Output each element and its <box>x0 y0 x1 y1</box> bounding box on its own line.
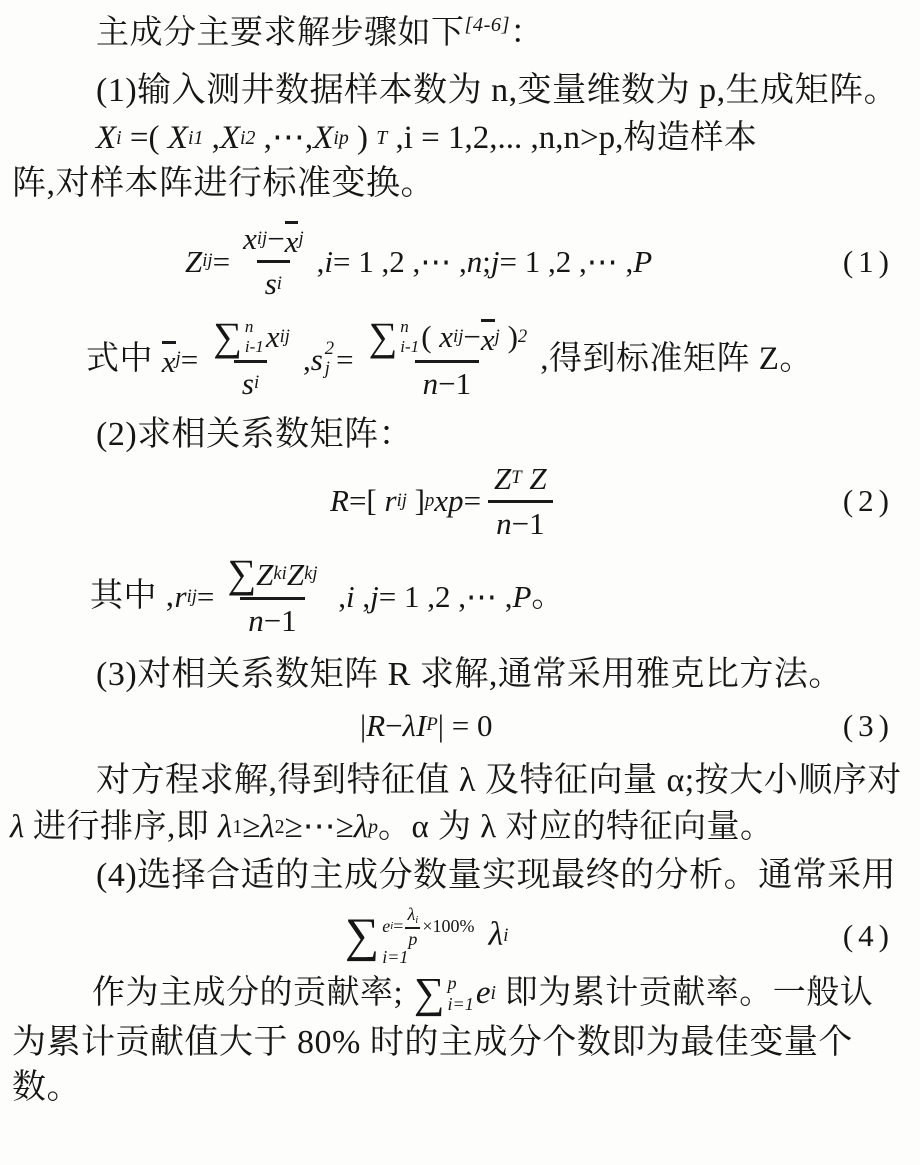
math-run: i <box>324 243 333 280</box>
math-run: , <box>355 578 371 615</box>
math-run: −1 <box>438 365 471 402</box>
fraction-denominator: si <box>234 360 267 402</box>
citation-ref: [4-6] <box>465 14 511 36</box>
cjk-run: ,得到标准矩阵 Z。 <box>540 340 813 380</box>
step2-line: (2)求相关系数矩阵： <box>0 412 920 458</box>
formula-3-body: |R−λIP| = 0 <box>360 707 492 744</box>
x-bar: x <box>285 221 299 257</box>
formula-3: |R−λIP| = 0 (3) <box>0 707 920 744</box>
math-run: − <box>267 220 284 257</box>
math-run: ; <box>482 243 491 280</box>
math-sup: 2 <box>518 326 527 348</box>
fraction-denominator: si <box>257 260 290 302</box>
math-run: x <box>243 220 257 257</box>
math-run: 0 <box>477 707 493 744</box>
cjk-run: 作为主成分的贡献率; <box>92 974 412 1014</box>
fraction-numerator: xij−xj <box>235 220 312 260</box>
where-line-1: 式中 xj=∑ni-1xijsi,s2j=∑ni-1( xij−xj )2n−1… <box>0 317 920 402</box>
math-sub: j <box>298 228 303 250</box>
math-run: λ <box>260 808 274 848</box>
math-run: Z <box>185 243 202 280</box>
cjk-run: 。 <box>531 577 565 617</box>
equation-number-1: (1) <box>843 243 920 280</box>
math-sub: p <box>425 490 434 512</box>
fraction: ∑ni-1xijsi <box>203 317 298 402</box>
math-run: ×100% <box>422 917 474 936</box>
math-run: ( <box>421 318 439 355</box>
math-run: = <box>393 917 403 936</box>
conclusion-line: 为累计贡献值大于 80% 时的主成分个数即为最佳变量个数。 <box>0 1020 920 1111</box>
math-sub: P <box>426 714 437 736</box>
math-sup: 2 <box>325 339 334 359</box>
formula-4-body: ∑ei=λip×100%i=1λi <box>345 905 508 967</box>
equation-number-3: (3) <box>843 707 920 744</box>
fraction-numerator: ∑ni-1xij <box>203 317 298 360</box>
math-run: X <box>220 119 240 159</box>
math-run: , <box>330 578 346 615</box>
math-sub: ij <box>280 326 290 348</box>
math-run: λ <box>218 808 232 848</box>
contribution-line: 作为主成分的贡献率; ∑pi=1ei 即为累计贡献率。一般认 <box>0 973 920 1016</box>
math-run: = <box>213 243 230 280</box>
sigma-limits: ni-1 <box>245 317 264 356</box>
cjk-run: 式中 <box>86 340 162 380</box>
math-run: | = <box>438 707 477 744</box>
fraction: ∑ni-1( xij−xj )2n−1 <box>359 317 536 402</box>
math-run: =[ <box>349 482 385 519</box>
intro-line: 主成分主要求解步骤如下[4-6]： <box>0 10 920 56</box>
fraction-denominator: n−1 <box>415 360 479 402</box>
formula-1-body: Zij=xij−xjsi,i= 1 ,2 ,⋯ ,n;j= 1 ,2 ,⋯ ,P <box>185 220 652 302</box>
sigma-upper: ei=λip×100% <box>382 905 474 948</box>
math-run: X <box>313 119 333 159</box>
cjk-run: 构造样本 <box>623 119 757 159</box>
math-sub: i <box>277 273 282 295</box>
fraction-denominator: p <box>405 927 420 948</box>
math-sub: 2 <box>275 816 285 840</box>
math-run: ,⋯, <box>255 119 313 159</box>
math-sub: ij <box>397 490 407 512</box>
math-run: , <box>317 243 325 280</box>
math-sub: i <box>415 914 418 926</box>
math-run: = <box>336 341 353 378</box>
math-run: i <box>346 578 355 615</box>
fraction-numerator: ∑ni-1( xij−xj )2 <box>359 317 536 360</box>
x-bar: x <box>481 319 495 355</box>
cjk-run: 进行排序,即 <box>24 808 218 848</box>
sigma-limits: pi=1 <box>448 973 474 1015</box>
fraction-denominator: n−1 <box>488 500 552 542</box>
sigma-lower: i=1 <box>448 994 474 1015</box>
cjk-run: 即为累计贡献率。一般认 <box>496 974 873 1014</box>
cjk-run: 其中 , <box>90 577 175 617</box>
math-run: ≥ <box>242 808 260 848</box>
math-run: = <box>464 482 481 519</box>
sigma-glyph: ∑ <box>345 912 379 960</box>
math-run: Z <box>494 460 511 497</box>
step4-line: (4)选择合适的主成分数量实现最终的分析。通常采用 <box>0 853 920 899</box>
sigma-lower: i=1 <box>382 948 408 967</box>
math-run: n <box>496 505 512 542</box>
math-run: −1 <box>512 505 545 542</box>
math-run: −1 <box>264 602 297 639</box>
math-run: j <box>491 243 500 280</box>
sigma-upper: p <box>448 973 457 994</box>
math-run: e <box>382 917 390 936</box>
sigma-glyph: ∑ <box>414 973 445 1016</box>
math-run: λ <box>488 915 503 956</box>
math-sub: 1 <box>232 816 242 840</box>
fraction-numerator: ZT Z <box>486 460 555 500</box>
math-run: x <box>439 318 453 355</box>
mini-fraction: λip <box>405 905 420 948</box>
fraction-numerator: λi <box>405 905 420 927</box>
math-run: n <box>423 365 439 402</box>
paper-page: 主成分主要求解步骤如下[4-6]： (1)输入测井数据样本数为 n,变量维数为 … <box>0 0 920 1111</box>
math-run: r <box>175 578 187 615</box>
math-run: ) <box>349 119 377 159</box>
formula-1: Zij=xij−xjsi,i= 1 ,2 ,⋯ ,n;j= 1 ,2 ,⋯ ,P… <box>0 220 920 302</box>
intro-colon: ： <box>510 15 544 51</box>
math-run: s <box>242 365 254 402</box>
math-run: R <box>366 707 385 744</box>
math-sub: ij <box>453 326 463 348</box>
math-run: X <box>168 119 188 159</box>
eigen-line-2: λ 进行排序,即 λ1≥λ2≥⋯≥λp。α 为 λ 对应的特征向量。 <box>0 808 920 848</box>
sigma: ∑pi=1 <box>414 973 474 1016</box>
math-sub: i2 <box>240 127 255 151</box>
math-run: − <box>463 318 480 355</box>
math-run: = 1 ,2 ,⋯ , <box>379 578 513 615</box>
sigma-glyph: ∑ <box>213 317 242 357</box>
sigma-lower: i-1 <box>245 337 264 357</box>
sigma-limits: ni-1 <box>400 317 419 356</box>
math-sub: j <box>325 359 330 379</box>
fraction-numerator: ∑ZkiZkj <box>219 554 325 597</box>
fraction-denominator: n−1 <box>240 597 304 639</box>
math-run: λ <box>354 808 368 848</box>
math-run: = <box>181 341 198 378</box>
where-line-2: 其中 ,rij=∑ZkiZkjn−1 ,i ,j= 1 ,2 ,⋯ ,P。 <box>0 554 920 639</box>
math-run: ≥⋯≥ <box>285 808 354 848</box>
math-run: Z <box>287 556 304 593</box>
sigma-lower: i-1 <box>400 337 419 357</box>
equation-number-2: (2) <box>843 482 920 519</box>
math-run: n <box>467 243 483 280</box>
math-run: R <box>330 482 349 519</box>
math-run: ] <box>407 482 425 519</box>
math-sub: ki <box>273 563 286 585</box>
math-run: P <box>512 578 531 615</box>
math-run: Z <box>256 556 273 593</box>
fraction: ∑ZkiZkjn−1 <box>219 554 325 639</box>
math-run: s <box>311 341 323 378</box>
math-run: n <box>248 602 264 639</box>
math-run: j <box>370 578 379 615</box>
math-run: λ <box>10 808 24 848</box>
sigma: ∑ni-1 <box>213 317 264 357</box>
math-run: , <box>203 119 220 159</box>
math-sub: ip <box>333 127 348 151</box>
math-run: s <box>265 265 277 302</box>
math-run: r <box>385 482 397 519</box>
sigma-limits: ei=λip×100%i=1 <box>382 905 474 967</box>
math-sub: i <box>503 925 508 947</box>
math-sub: i <box>254 372 259 394</box>
math-run: = <box>197 578 214 615</box>
sigma-glyph: ∑ <box>227 554 256 594</box>
math-run: Z <box>522 460 547 497</box>
math-run: = 1 ,2 ,⋯ , <box>333 243 467 280</box>
sup-sub-stack: 2j <box>325 339 334 380</box>
sample-matrix-line: Xi =( Xi1 ,Xi2 ,⋯,Xip ) T ,i = 1,2,... ,… <box>0 119 920 159</box>
step1-line: (1)输入测井数据样本数为 n,变量维数为 p,生成矩阵。 <box>0 68 920 114</box>
math-run: =( <box>122 119 168 159</box>
sigma-upper: n <box>400 317 409 337</box>
equation-number-4: (4) <box>843 917 920 954</box>
math-run: ,i = 1,2,... ,n,n>p, <box>387 119 623 159</box>
math-run: = 1 ,2 ,⋯ , <box>499 243 633 280</box>
formula-2: R=[ rij ]pxp=ZT Zn−1 (2) <box>0 460 920 542</box>
math-run: x <box>266 318 280 355</box>
transpose-sup: T <box>376 127 387 151</box>
sigma: ∑ni-1 <box>369 317 420 357</box>
math-run: X <box>96 119 116 159</box>
math-run: e <box>476 974 491 1014</box>
eigen-line-1: 对方程求解,得到特征值 λ 及特征向量 α;按大小顺序对 <box>0 758 920 804</box>
math-sub: p <box>368 816 378 840</box>
math-run: λ <box>403 707 416 744</box>
fraction: ZT Zn−1 <box>486 460 555 542</box>
step3-line: (3)对相关系数矩阵 R 求解,通常采用雅克比方法。 <box>0 652 920 698</box>
formula-2-body: R=[ rij ]pxp=ZT Zn−1 <box>330 460 560 542</box>
math-run: P <box>633 243 652 280</box>
math-sub: i1 <box>188 127 203 151</box>
transpose-sup: T <box>511 467 521 489</box>
x-bar: x <box>162 341 176 377</box>
sigma-glyph: ∑ <box>369 317 398 357</box>
formula-4: ∑ei=λip×100%i=1λi (4) <box>0 905 920 967</box>
fraction: xij−xjsi <box>235 220 312 302</box>
math-sub: ij <box>202 250 212 272</box>
step1-cont-line: 阵,对样本阵进行标准变换。 <box>0 161 920 207</box>
intro-text: 主成分主要求解步骤如下 <box>96 15 465 51</box>
cjk-run: 。α 为 λ 对应的特征向量。 <box>378 808 774 848</box>
math-sub: ij <box>187 586 197 608</box>
math-sub: ij <box>257 228 267 250</box>
math-sub: kj <box>304 563 317 585</box>
math-run: − <box>385 707 402 744</box>
math-run: xp <box>434 482 463 519</box>
math-run: ) <box>500 318 518 355</box>
math-run: , <box>303 341 311 378</box>
sigma-upper: n <box>245 317 254 337</box>
math-run: I <box>416 707 426 744</box>
